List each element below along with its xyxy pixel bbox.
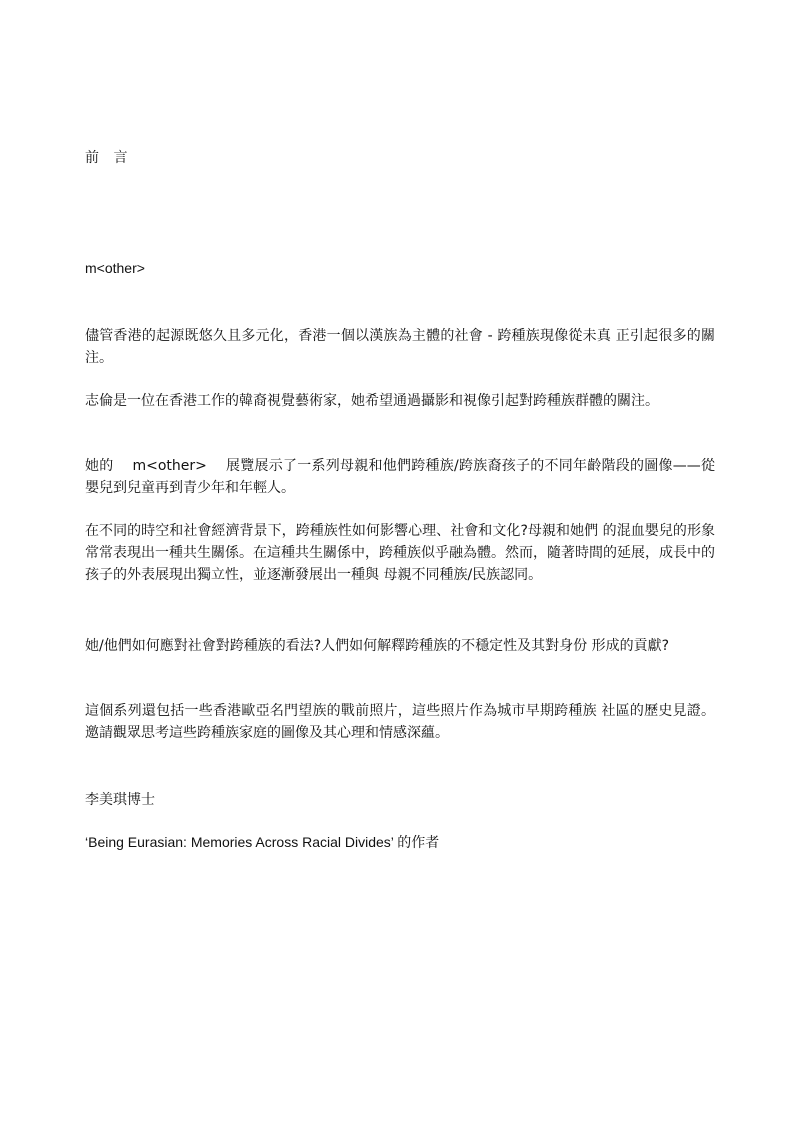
document-heading: 前 言 — [85, 149, 132, 167]
paragraph-series: 這個系列還包括一些香港歐亞名門望族的戰前照片，這些照片作為城市早期跨種族 社區的… — [85, 700, 715, 744]
paragraph-intro: 儘管香港的起源既悠久且多元化，香港一個以漢族為主體的社會 - 跨種族現像從未真 … — [85, 325, 715, 369]
paragraph-artist: 志倫是一位在香港工作的韓裔視覺藝術家，她希望通過攝影和視像引起對跨種族群體的關注… — [85, 390, 715, 412]
paragraph-context: 在不同的時空和社會經濟背景下，跨種族性如何影響心理、社會和文化?母親和她們 的混… — [85, 520, 715, 586]
paragraph-exhibition: 她的 m<other> 展覽展示了一系列母親和他們跨種族/跨族裔孩子的不同年齡階… — [85, 455, 715, 499]
paragraph-questions: 她/他們如何應對社會對跨種族的看法?人們如何解釋跨種族的不穩定性及其對身份 形成… — [85, 635, 715, 657]
exhibition-title: m<other> — [85, 259, 145, 277]
author-book-credit: ‘Being Eurasian: Memories Across Racial … — [85, 833, 439, 851]
author-signature: 李美琪博士 — [85, 791, 155, 809]
